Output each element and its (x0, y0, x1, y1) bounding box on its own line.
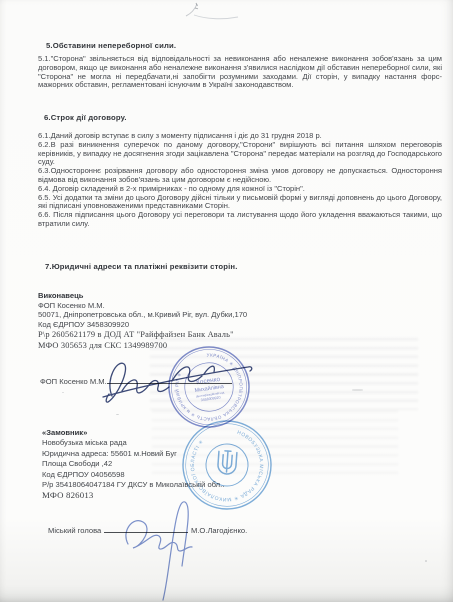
executor-account: Р\р 2605621179 в ДОД АТ "Райффайзен Банк… (38, 329, 247, 340)
pen-scribble-mark (183, 1, 255, 25)
scanned-contract-page: 5.Обставини непереборної сили. 5.1."Стор… (0, 0, 453, 602)
section6-clauses: 6.1.Даний договір вступає в силу з момен… (38, 132, 442, 229)
scan-fleck (62, 392, 64, 393)
clause-6-2: 6.2.В разі виникнення суперечок по даном… (38, 141, 442, 167)
section6-heading: 6.Строк дії договору. (44, 113, 127, 122)
executor-signature-ink (96, 350, 258, 410)
trident-emblem-icon (217, 450, 237, 474)
section5-paragraph: 5.1."Сторона" звільняється від відповіда… (38, 55, 442, 90)
mayor-signature-ink (118, 498, 210, 602)
mayor-sign-label: Міський голова (48, 526, 101, 535)
executor-edrpou: Код ЄДРПОУ 3458309920 (38, 320, 247, 330)
executor-address: 50071, Дніпропетровська обл., м.Кривий Р… (38, 310, 247, 320)
executor-name: ФОП Косенко М.М. (38, 301, 247, 311)
scan-fleck (116, 414, 119, 415)
scan-fleck (352, 389, 363, 391)
clause-6-3: 6.3.Одностороннє розірвання договору або… (38, 167, 442, 185)
section5-heading: 5.Обставини непереборної сили. (46, 41, 176, 50)
section7-heading: 7.Юридичні адреси та платіжні реквізити … (45, 262, 238, 271)
scan-fleck (425, 560, 427, 562)
executor-title: Виконавець (38, 291, 247, 301)
clause-6-5: 6.5. Усі додатки та зміни до цього Догов… (38, 194, 442, 212)
clause-6-6: 6.6. Після підписання цього Договору усі… (38, 211, 442, 229)
